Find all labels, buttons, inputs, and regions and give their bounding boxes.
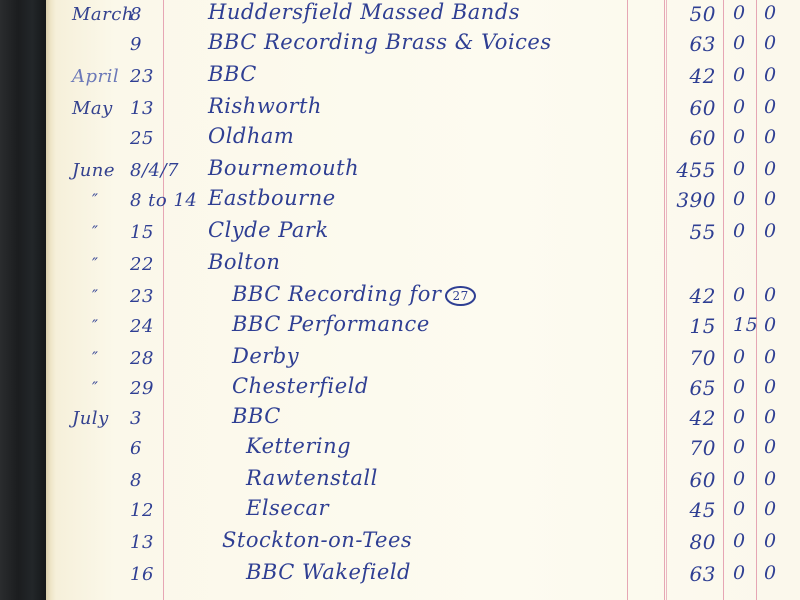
amount-pence: 0 [764,32,777,54]
amount-shillings: 0 [733,32,746,54]
amount-shillings: 0 [733,406,746,428]
ledger-row: July3BBC4200 [0,404,800,436]
amount-pounds: 60 [660,468,716,492]
amount-pence: 0 [764,96,777,118]
entry-month: April [72,66,119,87]
amount-pence: 0 [764,562,777,584]
amount-pence: 0 [764,314,777,336]
amount-shillings: 0 [733,468,746,490]
amount-shillings: 0 [733,158,746,180]
amount-pounds: 390 [660,188,716,212]
entry-day: 23 [130,66,154,87]
amount-pounds: 65 [660,376,716,400]
amount-pence: 0 [764,346,777,368]
entry-day: 8 [130,470,142,491]
entry-day: 13 [130,98,154,119]
amount-pounds: 50 [660,2,716,26]
amount-shillings: 0 [733,188,746,210]
amount-pounds: 60 [660,126,716,150]
ledger-row: 25Oldham6000 [0,124,800,156]
entry-venue: Clyde Park [208,218,329,242]
ditto-mark: ″ [92,378,98,397]
ledger-row: ″15Clyde Park5500 [0,218,800,250]
amount-shillings: 0 [733,96,746,118]
amount-pounds: 60 [660,96,716,120]
ditto-mark: ″ [92,348,98,367]
ledger-row: June8/4/7Bournemouth45500 [0,156,800,188]
ditto-mark: ″ [92,286,98,305]
ledger-row: ″22Bolton [0,250,800,282]
amount-shillings: 0 [733,346,746,368]
amount-pence: 0 [764,376,777,398]
ditto-mark: ″ [92,222,98,241]
entry-venue: Rawtenstall [246,466,378,490]
ledger-row: 13Stockton-on-Tees8000 [0,528,800,560]
amount-pence: 0 [764,498,777,520]
ledger-row: March8Huddersfield Massed Bands5000 [0,0,800,32]
entry-venue: Rishworth [208,94,322,118]
amount-pounds: 42 [660,64,716,88]
amount-shillings: 0 [733,376,746,398]
entry-venue: Eastbourne [208,186,336,210]
amount-pence: 0 [764,188,777,210]
amount-pounds: 42 [660,284,716,308]
entry-venue: Derby [232,344,299,368]
amount-pence: 0 [764,64,777,86]
entry-day: 22 [130,254,154,275]
entry-venue: Chesterfield [232,374,369,398]
amount-pounds: 80 [660,530,716,554]
amount-shillings: 0 [733,530,746,552]
entry-day: 8/4/7 [130,160,179,181]
ledger-row: ″23BBC Recording for274200 [0,282,800,314]
ledger-row: 9BBC Recording Brass & Voices6300 [0,30,800,62]
entry-day: 13 [130,532,154,553]
entry-venue: Bournemouth [208,156,359,180]
amount-pence: 0 [764,530,777,552]
entry-venue: Kettering [246,434,351,458]
entry-day: 3 [130,408,142,429]
entry-day: 28 [130,348,154,369]
ledger-row: ″8 to 14Eastbourne39000 [0,186,800,218]
ledger-row: 6Kettering7000 [0,434,800,466]
entry-month: June [72,160,115,181]
entry-day: 6 [130,438,142,459]
entry-day: 23 [130,286,154,307]
ledger-row: May13Rishworth6000 [0,94,800,126]
entry-venue: BBC [208,62,257,86]
entry-month: July [72,408,109,429]
amount-pence: 0 [764,436,777,458]
ledger-row: 8Rawtenstall6000 [0,466,800,498]
ledger-row: ″29Chesterfield6500 [0,374,800,406]
entry-venue: Stockton-on-Tees [222,528,412,552]
amount-pounds: 63 [660,562,716,586]
entry-day: 16 [130,564,154,585]
entry-day: 8 [130,4,142,25]
amount-shillings: 0 [733,284,746,306]
ditto-mark: ″ [92,190,98,209]
amount-shillings: 0 [733,64,746,86]
entry-venue: BBC [232,404,281,428]
entry-day: 8 to 14 [130,190,197,211]
amount-shillings: 0 [733,126,746,148]
entry-venue: Oldham [208,124,294,148]
amount-pence: 0 [764,284,777,306]
amount-pence: 0 [764,158,777,180]
amount-shillings: 15 [733,314,758,336]
amount-pounds: 42 [660,406,716,430]
amount-pence: 0 [764,126,777,148]
entry-day: 9 [130,34,142,55]
amount-pence: 0 [764,220,777,242]
ledger-row: 12Elsecar4500 [0,496,800,528]
circled-note: 27 [445,286,475,306]
amount-shillings: 0 [733,436,746,458]
amount-shillings: 0 [733,2,746,24]
entry-venue: Bolton [208,250,280,274]
ledger-row: 16BBC Wakefield6300 [0,560,800,592]
amount-pounds: 55 [660,220,716,244]
entry-venue: BBC Recording Brass & Voices [208,30,552,54]
amount-pounds: 70 [660,346,716,370]
ledger-row: April23BBC4200 [0,62,800,94]
entry-month: March [72,4,134,25]
amount-pence: 0 [764,406,777,428]
amount-shillings: 0 [733,498,746,520]
entry-venue: BBC Wakefield [246,560,411,584]
amount-pounds: 455 [660,158,716,182]
amount-pounds: 63 [660,32,716,56]
amount-pounds: 70 [660,436,716,460]
amount-pence: 0 [764,468,777,490]
amount-pence: 0 [764,2,777,24]
entry-month: May [72,98,113,119]
entry-venue: Elsecar [246,496,329,520]
ditto-mark: ″ [92,254,98,273]
entry-venue: Huddersfield Massed Bands [208,0,520,24]
amount-pounds: 45 [660,498,716,522]
entry-venue: BBC Performance [232,312,430,336]
entry-day: 12 [130,500,154,521]
ditto-mark: ″ [92,316,98,335]
ledger-row: ″28Derby7000 [0,344,800,376]
entry-day: 25 [130,128,154,149]
amount-shillings: 0 [733,562,746,584]
amount-pounds: 15 [660,314,716,338]
entry-venue: BBC Recording for27 [232,282,476,306]
entry-day: 29 [130,378,154,399]
entry-day: 15 [130,222,154,243]
ledger-row: ″24BBC Performance15150 [0,312,800,344]
amount-shillings: 0 [733,220,746,242]
entry-day: 24 [130,316,154,337]
